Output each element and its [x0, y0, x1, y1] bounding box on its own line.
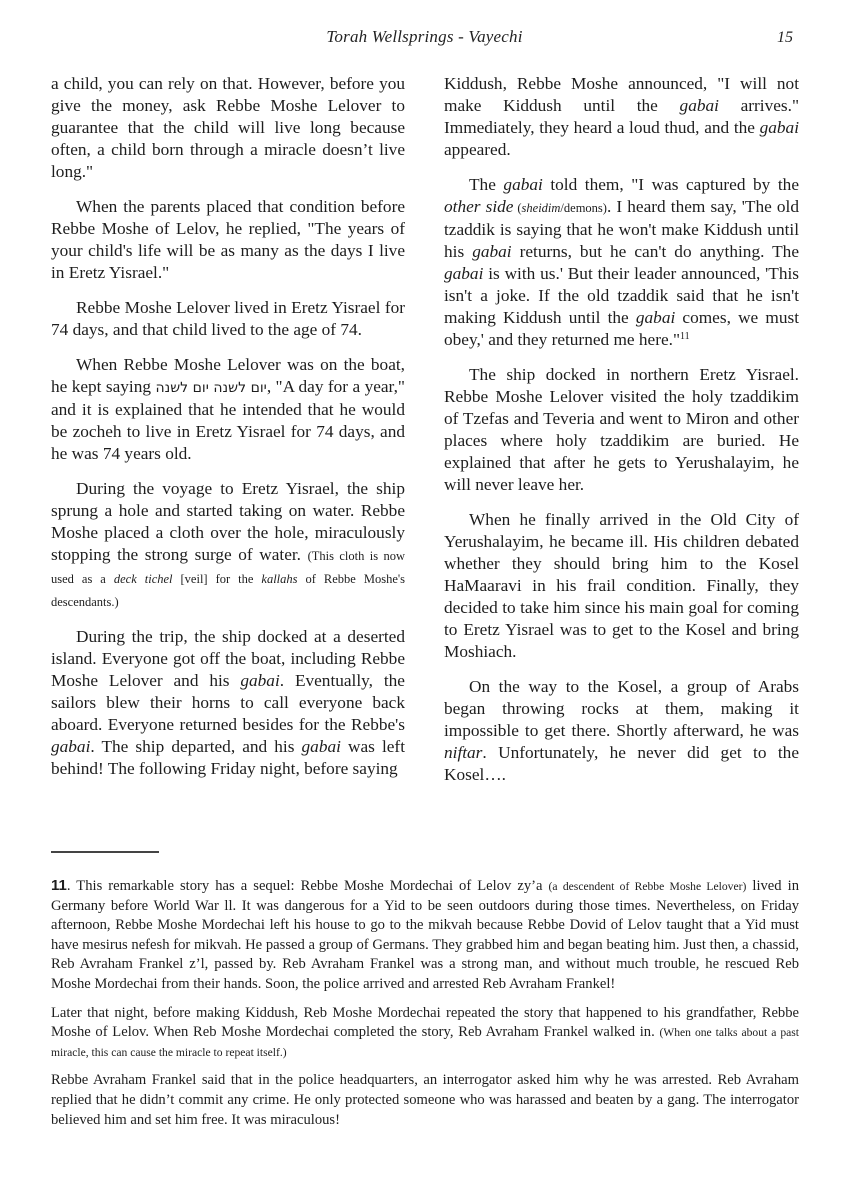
italic-term: gabai	[680, 96, 719, 115]
italic-term: sheidim	[522, 201, 561, 215]
page-number: 15	[777, 29, 793, 47]
page-header: Torah Wellsprings - Vayechi 15	[0, 27, 849, 51]
paragraph: When he finally arrived in the Old City …	[444, 509, 799, 663]
parenthetical-note: (sheidim/demons)	[513, 201, 607, 215]
footnotes-section: 11. This remarkable story has a sequel: …	[51, 876, 799, 1139]
paragraph: When Rebbe Moshe Lelover was on the boat…	[51, 354, 405, 465]
italic-term: gabai	[503, 175, 542, 194]
paragraph: When the parents placed that condition b…	[51, 196, 405, 284]
italic-term: deck tichel	[114, 572, 173, 586]
italic-term: niftar	[444, 743, 482, 762]
text: lived in Germany before World War ll. It…	[51, 878, 799, 992]
text: The	[469, 175, 503, 194]
text: appeared.	[444, 140, 511, 159]
paragraph: Rebbe Moshe Lelover lived in Eretz Yisra…	[51, 297, 405, 341]
parenthetical-note: (a descendent of Rebbe Moshe Lelover)	[549, 880, 747, 893]
text: . Unfortunately, he never did get to the…	[444, 743, 799, 784]
text: . The ship departed, and his	[90, 737, 301, 756]
italic-term: kallahs	[261, 572, 297, 586]
italic-term: gabai	[302, 737, 341, 756]
paragraph: During the trip, the ship docked at a de…	[51, 626, 405, 780]
footnote-number: 11	[51, 877, 67, 894]
hebrew-quote: יום לשנה יום לשנה	[155, 380, 266, 396]
italic-term: gabai	[472, 242, 511, 261]
italic-term: other side	[444, 197, 513, 216]
paragraph: The ship docked in northern Eretz Yisrae…	[444, 364, 799, 496]
footnote-11: 11. This remarkable story has a sequel: …	[51, 876, 799, 995]
right-column: Kiddush, Rebbe Moshe announced, "I will …	[444, 73, 799, 799]
footnote-reference[interactable]: 11	[680, 331, 690, 342]
text: (	[513, 201, 521, 215]
text: /demons)	[560, 201, 607, 215]
italic-term: gabai	[240, 671, 279, 690]
text: . This remarkable story has a sequel: Re…	[67, 878, 549, 894]
footnote-paragraph: Later that night, before making Kiddush,…	[51, 1004, 799, 1063]
italic-term: gabai	[760, 118, 799, 137]
paragraph: On the way to the Kosel, a group of Arab…	[444, 676, 799, 786]
text: returns, but he can't do anything. The	[512, 242, 799, 261]
text: told them, "I was captured by the	[543, 175, 799, 194]
paragraph: Kiddush, Rebbe Moshe announced, "I will …	[444, 73, 799, 161]
running-title: Torah Wellsprings - Vayechi	[0, 27, 849, 47]
italic-term: gabai	[51, 737, 90, 756]
italic-term: gabai	[636, 308, 675, 327]
paragraph: a child, you can rely on that. However, …	[51, 73, 405, 183]
left-column: a child, you can rely on that. However, …	[51, 73, 405, 793]
italic-term: gabai	[444, 264, 483, 283]
paragraph: The gabai told them, "I was captured by …	[444, 174, 799, 351]
footnote-paragraph: Rebbe Avraham Frankel said that in the p…	[51, 1071, 799, 1130]
paragraph: During the voyage to Eretz Yisrael, the …	[51, 478, 405, 613]
text: [veil] for the	[173, 572, 262, 586]
text: On the way to the Kosel, a group of Arab…	[444, 677, 799, 740]
footnote-separator	[51, 851, 159, 853]
